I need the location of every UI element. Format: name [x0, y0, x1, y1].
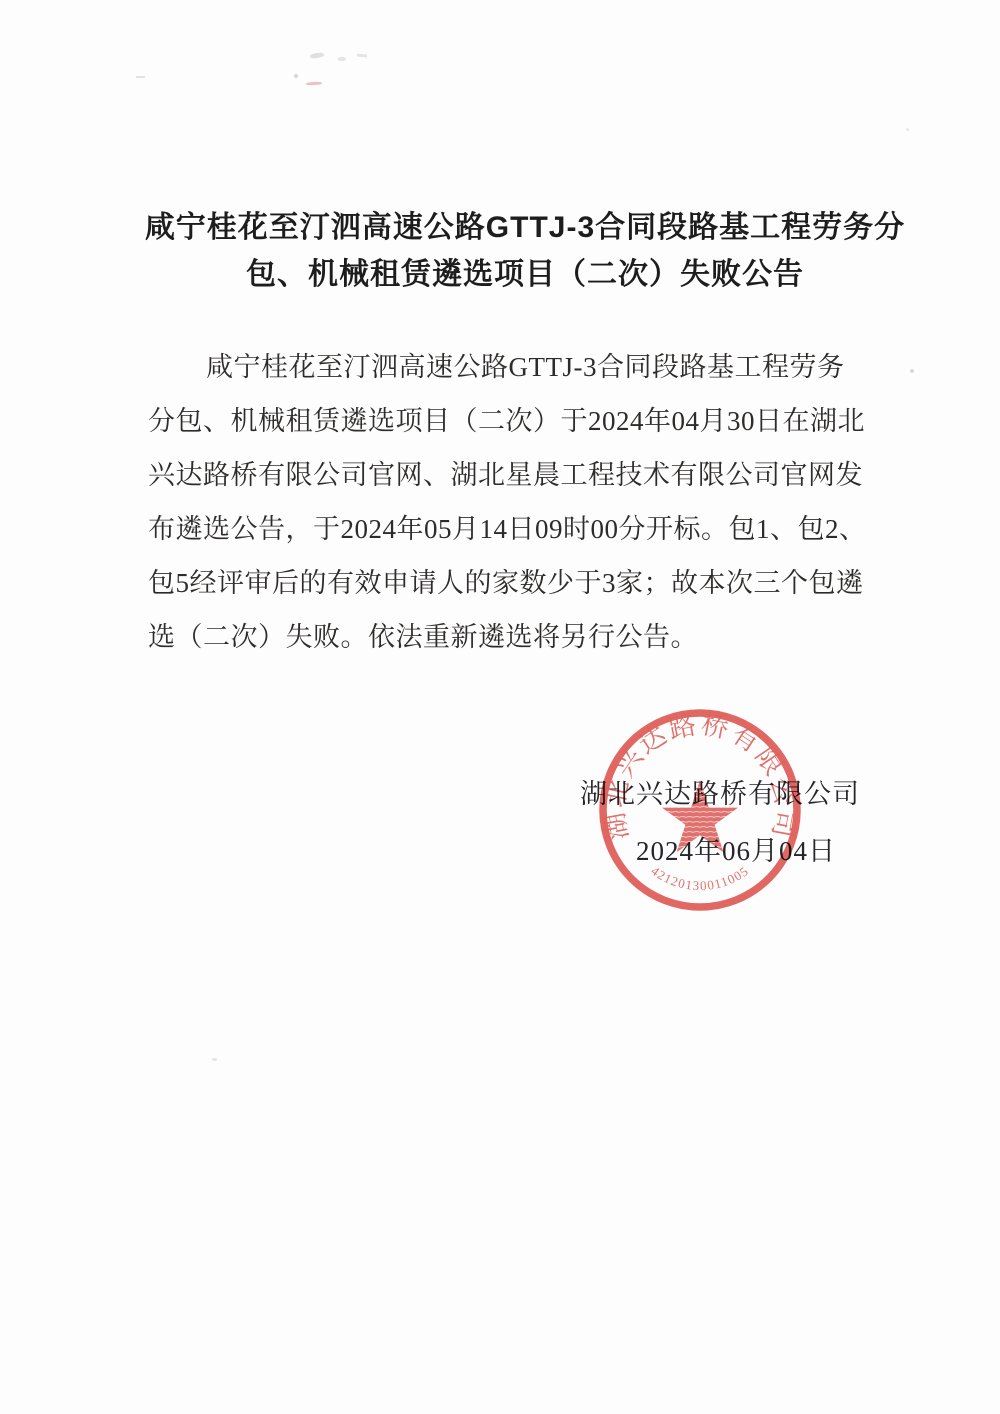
- scan-speck: [910, 369, 914, 373]
- title-line-2: 包、机械租赁遴选项目（二次）失败公告: [128, 251, 922, 298]
- scan-speck: [338, 57, 346, 61]
- body-line-1: 咸宁桂花至汀泗高速公路GTTJ-3合同段路基工程劳务: [148, 340, 864, 394]
- signature-company: 湖北兴达路桥有限公司: [580, 772, 860, 811]
- body-line-4: 布遴选公告，于2024年05月14日09时00分开标。包1、包2、: [148, 502, 864, 556]
- scan-speck: [212, 1058, 217, 1061]
- scan-speck: [306, 82, 322, 86]
- title-line-1: 咸宁桂花至汀泗高速公路GTTJ-3合同段路基工程劳务分: [128, 204, 922, 251]
- body-line-6: 选（二次）失败。依法重新遴选将另行公告。: [148, 610, 864, 664]
- body-line-3: 兴达路桥有限公司官网、湖北星晨工程技术有限公司官网发: [148, 448, 864, 502]
- scan-speck: [136, 76, 145, 78]
- body-line-2: 分包、机械租赁遴选项目（二次）于2024年04月30日在湖北: [148, 394, 864, 448]
- body-line-5: 包5经评审后的有效申请人的家数少于3家；故本次三个包遴: [148, 556, 864, 610]
- scan-speck: [310, 52, 325, 59]
- document-body: 咸宁桂花至汀泗高速公路GTTJ-3合同段路基工程劳务 分包、机械租赁遴选项目（二…: [148, 340, 864, 664]
- document-title: 咸宁桂花至汀泗高速公路GTTJ-3合同段路基工程劳务分 包、机械租赁遴选项目（二…: [128, 204, 922, 298]
- signature-date: 2024年06月04日: [636, 829, 836, 868]
- scan-speck: [357, 54, 367, 58]
- scanned-document-page: 咸宁桂花至汀泗高速公路GTTJ-3合同段路基工程劳务分 包、机械租赁遴选项目（二…: [0, 0, 1000, 1414]
- scan-speck: [906, 128, 909, 131]
- scan-speck: [294, 74, 298, 78]
